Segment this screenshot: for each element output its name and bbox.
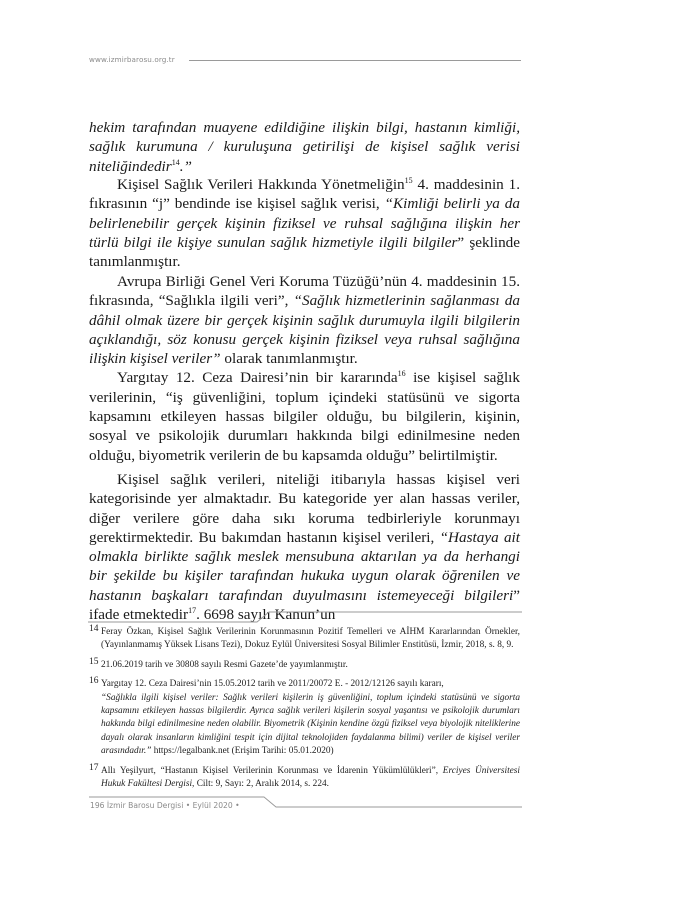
footnote-text: Feray Özkan, Kişisel Sağlık Verilerinin …: [101, 627, 520, 650]
footnotes: 14 Feray Özkan, Kişisel Sağlık Verilerin…: [89, 626, 520, 797]
footnote-ref-14[interactable]: 14: [172, 158, 180, 167]
paragraph-gdpr: Avrupa Birliği Genel Veri Koruma Tüzüğü’…: [89, 272, 520, 368]
paragraph: hekim tarafından muayene edildiğine iliş…: [89, 118, 520, 176]
page-footer: 196 İzmir Barosu Dergisi • Eylül 2020 •: [89, 796, 522, 812]
quote-continuation: hekim tarafından muayene edildiğine iliş…: [89, 118, 520, 176]
text-run: olarak tanımlanmıştır.: [221, 350, 358, 367]
footnote-text: Allı Yeşilyurt, “Hastanın Kişisel Verile…: [101, 766, 443, 776]
paragraph-yonetmelik: Kişisel Sağlık Verileri Hakkında Yönetme…: [89, 175, 520, 271]
footnote-16: 16 Yargıtay 12. Ceza Dairesi’nin 15.05.2…: [89, 678, 520, 758]
footnote-ref-16[interactable]: 16: [398, 369, 406, 378]
page-header: www.izmirbarosu.org.tr: [89, 55, 521, 67]
footnote-17: 17 Allı Yeşilyurt, “Hastanın Kişisel Ver…: [89, 765, 520, 792]
footnote-number: 14: [89, 623, 99, 636]
footnote-text: 21.06.2019 tarih ve 30808 sayılı Resmi G…: [101, 660, 348, 670]
italic-quote: hekim tarafından muayene edildiğine iliş…: [89, 119, 520, 175]
footer-page-info: 196 İzmir Barosu Dergisi • Eylül 2020 •: [90, 801, 240, 810]
footnote-text: Yargıtay 12. Ceza Dairesi’nin 15.05.2012…: [101, 679, 444, 689]
footnote-number: 16: [89, 675, 99, 688]
document-page: www.izmirbarosu.org.tr hekim tarafından …: [0, 0, 700, 917]
footnote-number: 15: [89, 656, 99, 669]
paragraph: Kişisel sağlık verileri, niteliği itibar…: [89, 470, 520, 624]
paragraph: Kişisel Sağlık Verileri Hakkında Yönetme…: [89, 175, 520, 271]
header-rule: [189, 60, 521, 61]
quote-end: .”: [180, 158, 192, 175]
footnote-ref-15[interactable]: 15: [405, 176, 413, 185]
header-url: www.izmirbarosu.org.tr: [89, 55, 177, 64]
paragraph-yargitay: Yargıtay 12. Ceza Dairesi’nin bir kararı…: [89, 368, 520, 464]
paragraph-hassas-veri: Kişisel sağlık verileri, niteliği itibar…: [89, 470, 520, 624]
footnote-14: 14 Feray Özkan, Kişisel Sağlık Verilerin…: [89, 626, 520, 653]
footnote-number: 17: [89, 762, 99, 775]
footnote-15: 15 21.06.2019 tarih ve 30808 sayılı Resm…: [89, 659, 520, 672]
footnote-link[interactable]: https://legalbank.net (Erişim Tarihi: 05…: [151, 746, 333, 756]
footnote-separator: [88, 610, 522, 624]
text-run: Kişisel Sağlık Verileri Hakkında Yönetme…: [117, 176, 405, 193]
text-run: Yargıtay 12. Ceza Dairesi’nin bir kararı…: [117, 369, 398, 386]
paragraph-group-gdpr-yargitay: Avrupa Birliği Genel Veri Koruma Tüzüğü’…: [89, 272, 520, 465]
footnote-tail: Cilt: 9, Sayı: 2, Aralık 2014, s. 224.: [194, 779, 329, 789]
